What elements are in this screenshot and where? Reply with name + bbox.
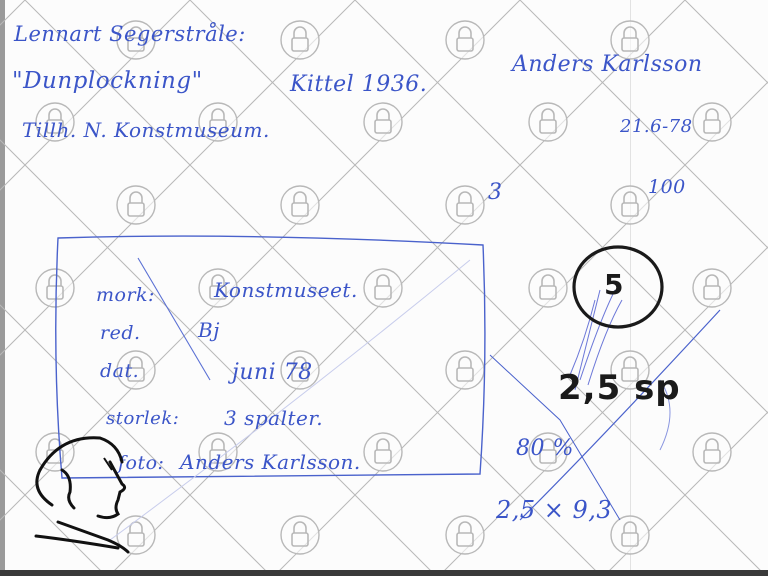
- card-edge-bottom: [0, 570, 768, 576]
- portrait-profile-icon: [0, 0, 768, 576]
